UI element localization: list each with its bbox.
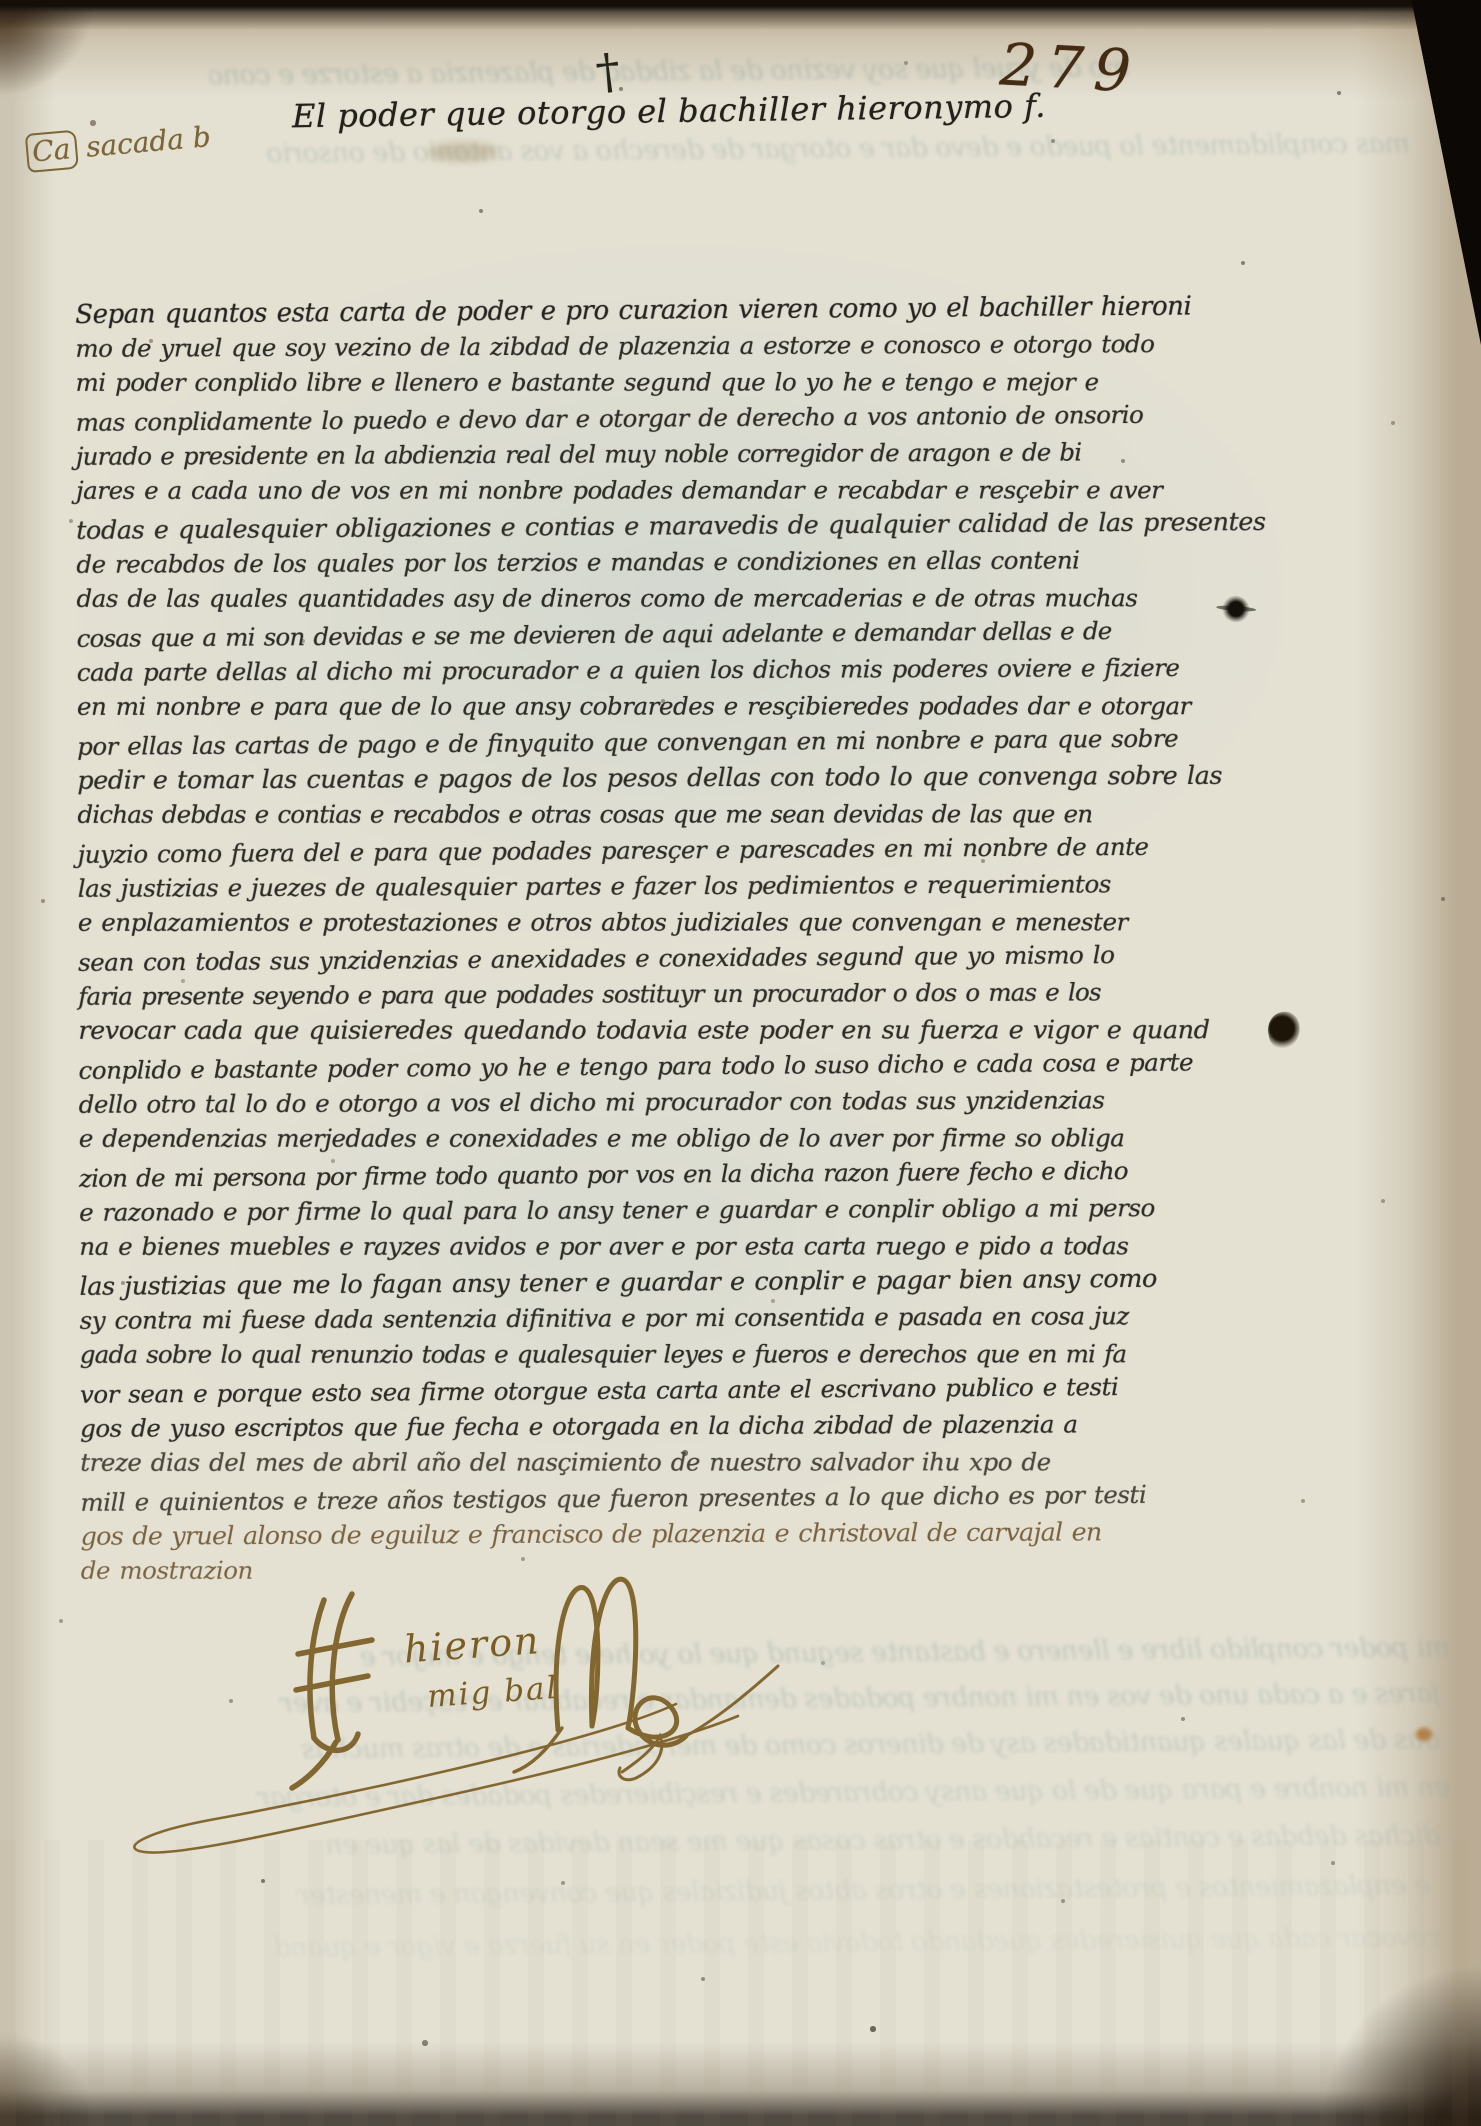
text-line: e enplazamientos e protestaziones e otro… [78,904,1380,941]
manuscript-photo: mo de yruel que soy vezino de la zibdad … [0,0,1481,2126]
text-line: jurado e presidente en la abdienzia real… [76,433,1378,475]
text-line: sy contra mi fuese dada sentenzia difini… [80,1297,1382,1339]
text-line: faria presente seyendo e para que podade… [78,973,1380,1015]
signature-flourish-drawing: hieron mig bal [110,1566,810,1866]
text-line: dichas debdas e contias e recabdos e otr… [77,796,1379,833]
text-line: jares e a cada uno de vos en mi nonbre p… [76,472,1378,509]
text-line: dello otro tal lo do e otorgo a vos el d… [79,1081,1381,1123]
text-line: das de las quales quantidades asy de din… [76,580,1378,617]
text-line: treze dias del mes de abril año del nasç… [80,1444,1382,1481]
text-line: revocar cada que quisieredes quedando to… [78,1012,1380,1049]
text-line: e razonado e por firme lo qual para lo a… [79,1189,1381,1231]
text-line: gos de yruel alonso de eguiluz e francis… [81,1513,1383,1555]
text-line: en mi nonbre e para que de lo que ansy c… [77,688,1379,725]
body-text: Sepan quantos esta carta de poder e pro … [75,289,1383,1591]
margin-note-monogram: Ca [25,130,79,173]
text-line: de recabdos de los quales por los terzio… [76,541,1378,583]
signature-name-line1: hieron [402,1618,541,1671]
signature-rubric-left [292,1594,372,1788]
text-line: na e bienes muebles e rayzes avidos e po… [79,1228,1381,1265]
text-line: mi poder conplido libre e llenero e bast… [76,364,1378,401]
signature-underline-loop [134,1704,738,1853]
text-line: mo de yruel que soy vezino de la zibdad … [75,325,1377,367]
text-line: pedir e tomar las cuentas e pagos de los… [77,757,1379,799]
signature-name-line2: mig bal [426,1670,559,1715]
text-line: cada parte dellas al dicho mi procurador… [77,649,1379,691]
text-line: las justizias e juezes de qualesquier pa… [78,865,1380,907]
text-line: gada sobre lo qual renunzio todas e qual… [80,1336,1382,1373]
text-line: gos de yuso escriptos que fue fecha e ot… [80,1405,1382,1447]
binding-shadow-top [0,0,1481,30]
text-line: e dependenzias merjedades e conexidades … [79,1120,1381,1157]
paper-speck-texture [0,0,2,2]
notary-signature: hieron mig bal [110,1566,810,1866]
